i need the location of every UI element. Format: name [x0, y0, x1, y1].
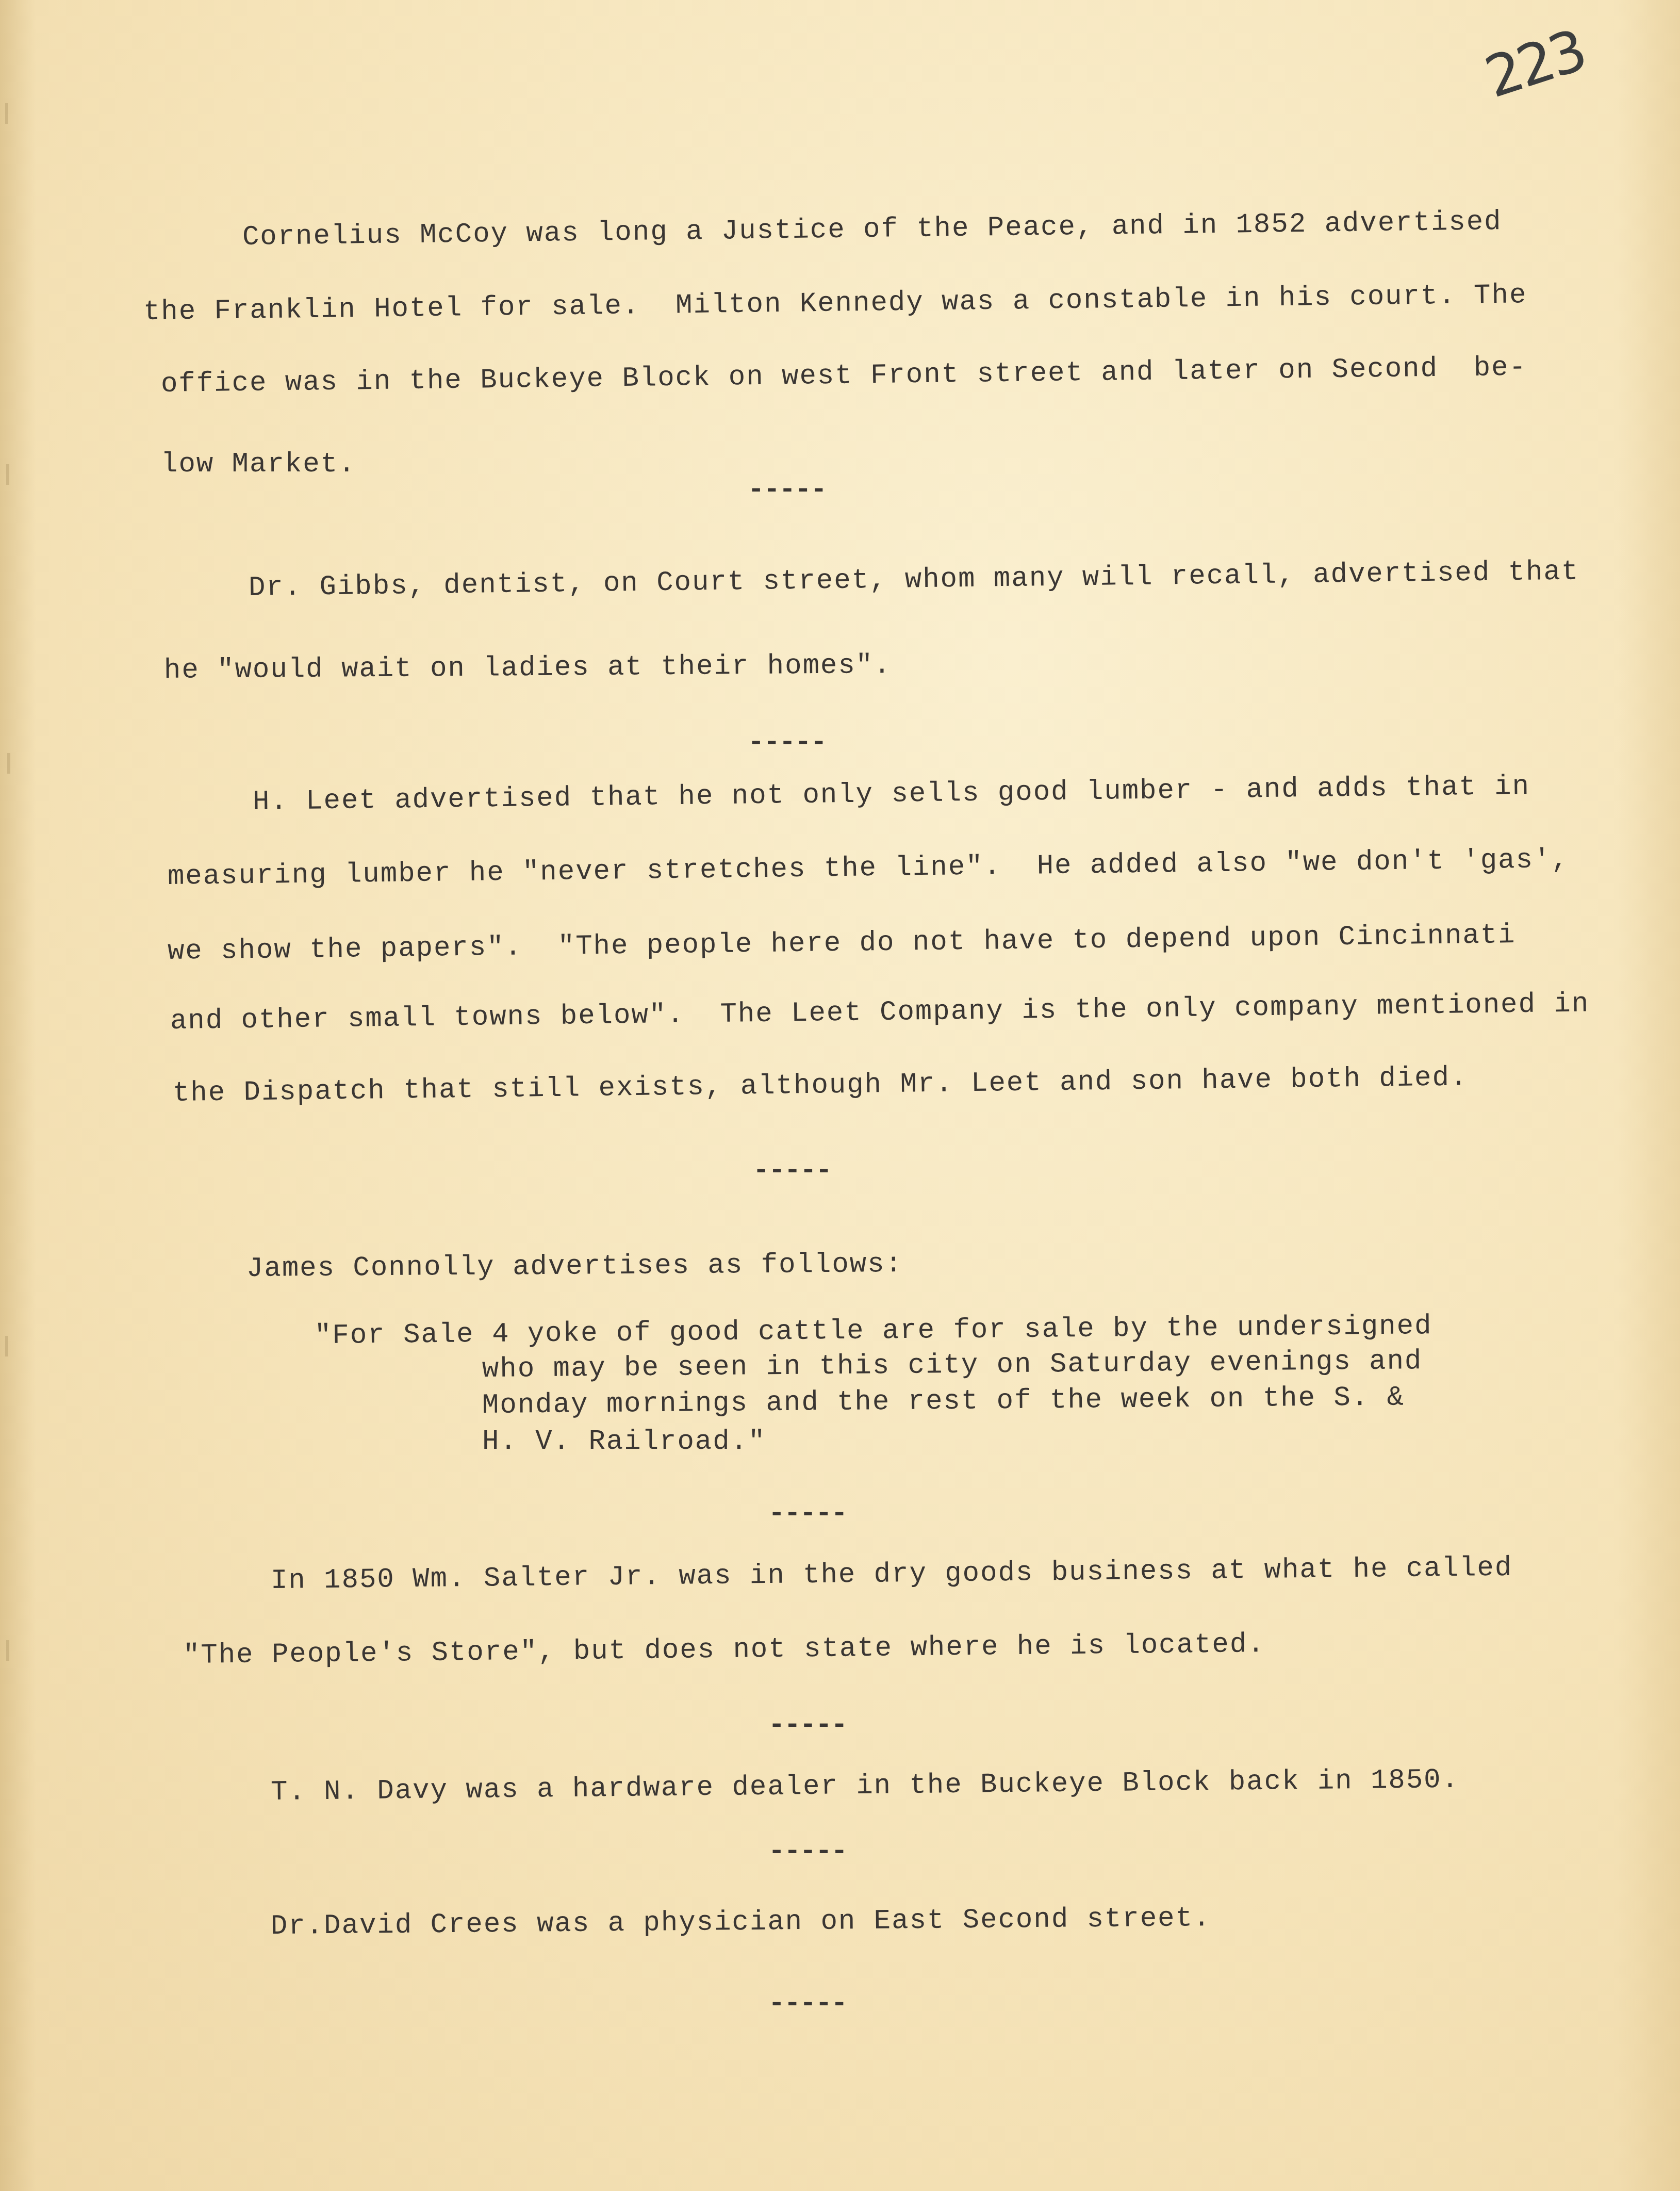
text-line: Monday mornings and the rest of the week… — [482, 1382, 1405, 1421]
section-separator: ----- — [768, 1988, 847, 2020]
text-line: low Market. — [161, 449, 356, 480]
text-line: who may be seen in this city on Saturday… — [482, 1346, 1423, 1385]
section-separator: ----- — [753, 1155, 831, 1187]
text-line: "The People's Store", but does not state… — [183, 1629, 1265, 1672]
text-line: he "would wait on ladies at their homes"… — [164, 650, 892, 686]
text-line: the Franklin Hotel for sale. Milton Kenn… — [143, 280, 1527, 328]
section-separator: ----- — [768, 1710, 847, 1741]
text-line: we show the papers". "The people here do… — [168, 920, 1516, 968]
text-line: H. Leet advertised that he not only sell… — [253, 771, 1530, 818]
text-line: the Dispatch that still exists, although… — [173, 1062, 1468, 1109]
text-line: James Connolly advertises as follows: — [246, 1249, 903, 1285]
text-line: Dr.David Crees was a physician on East S… — [271, 1903, 1211, 1942]
text-line: office was in the Buckeye Block on west … — [161, 352, 1527, 400]
text-line: Dr. Gibbs, dentist, on Court street, who… — [249, 556, 1579, 604]
text-line: Cornelius McCoy was long a Justice of th… — [242, 206, 1502, 253]
edge-mark — [5, 1336, 8, 1356]
text-line: and other small towns below". The Leet C… — [170, 988, 1590, 1037]
text-line: H. V. Railroad." — [482, 1426, 766, 1458]
text-line: measuring lumber he "never stretches the… — [168, 844, 1570, 893]
page-number: 223 — [1477, 17, 1592, 110]
edge-mark — [6, 464, 9, 485]
edge-mark — [7, 753, 10, 774]
section-separator: ----- — [768, 1498, 847, 1530]
edge-mark — [5, 103, 8, 124]
text-line: "For Sale 4 yoke of good cattle are for … — [315, 1311, 1432, 1352]
section-separator: ----- — [748, 727, 826, 759]
edge-mark — [6, 1640, 9, 1661]
text-line: T. N. Davy was a hardware dealer in the … — [271, 1764, 1460, 1808]
section-separator: ----- — [748, 475, 826, 506]
text-line: In 1850 Wm. Salter Jr. was in the dry go… — [271, 1552, 1513, 1597]
section-separator: ----- — [768, 1836, 847, 1868]
